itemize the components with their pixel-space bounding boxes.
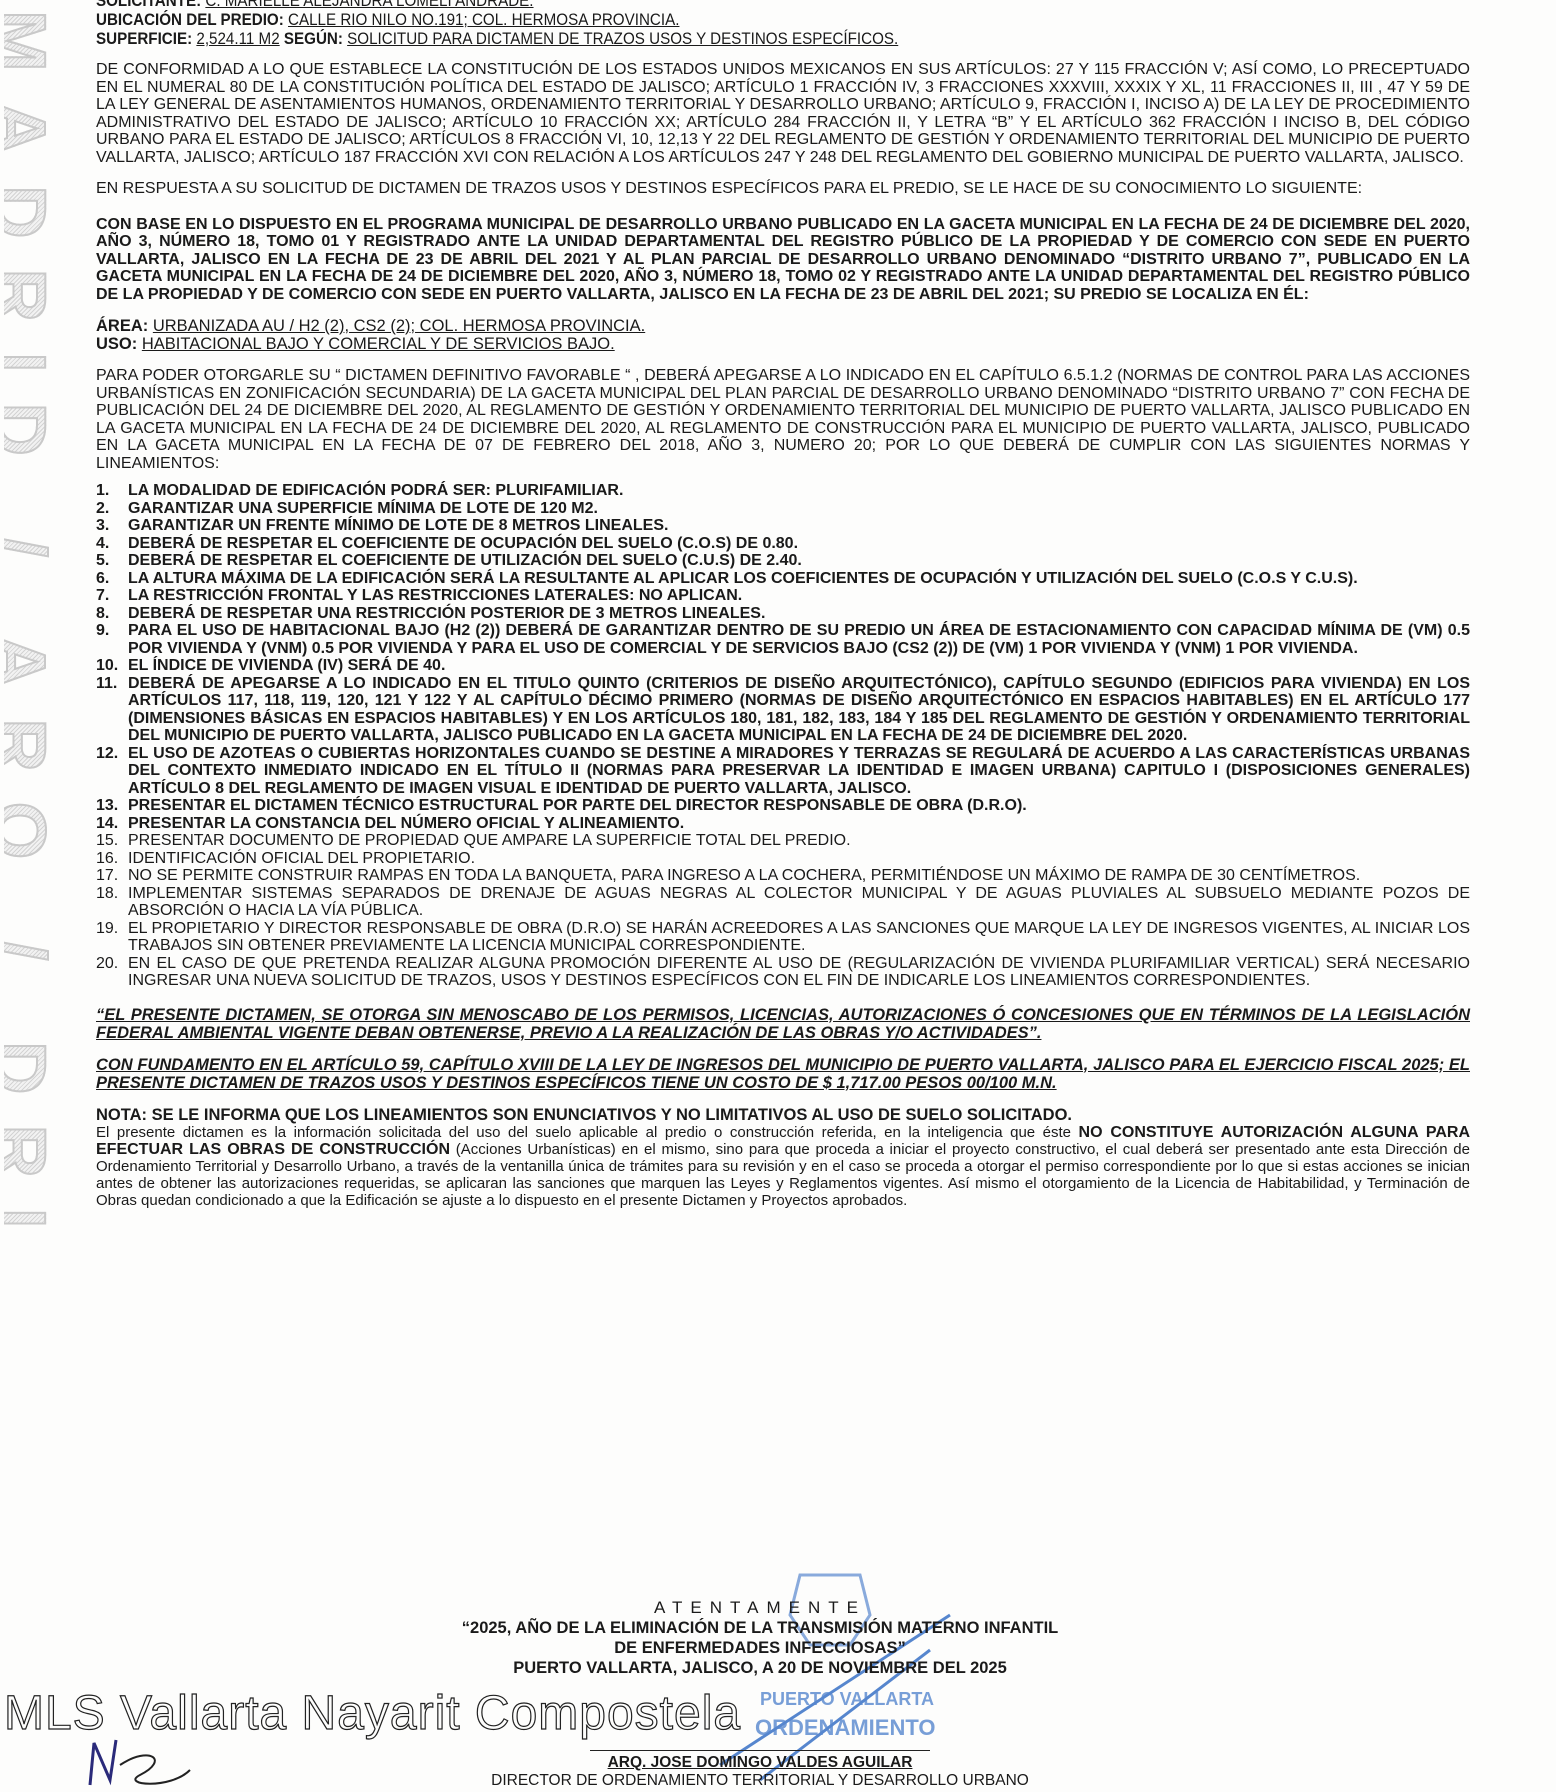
item-text: GARANTIZAR UNA SUPERFICIE MÍNIMA DE LOTE… bbox=[128, 500, 1470, 518]
item-number: 4. bbox=[96, 535, 128, 553]
brand-overlay: MLS Vallarta Nayarit Compostela bbox=[4, 1686, 741, 1741]
intro-paragraph: DE CONFORMIDAD A LO QUE ESTABLECE LA CON… bbox=[96, 61, 1470, 166]
lineamiento-item: 15.PRESENTAR DOCUMENTO DE PROPIEDAD QUE … bbox=[96, 832, 1470, 850]
item-number: 6. bbox=[96, 570, 128, 588]
watermark-text: MADRID / ARQ / DRI bbox=[4, 10, 62, 1258]
lineamientos-list: 1.LA MODALIDAD DE EDIFICACIÓN PODRÁ SER:… bbox=[96, 482, 1470, 990]
item-text: EL USO DE AZOTEAS O CUBIERTAS HORIZONTAL… bbox=[128, 745, 1470, 798]
base-paragraph: CON BASE EN LO DISPUESTO EN EL PROGRAMA … bbox=[96, 216, 1470, 304]
item-text: LA ALTURA MÁXIMA DE LA EDIFICACIÓN SERÁ … bbox=[128, 570, 1470, 588]
lineamiento-item: 10.EL ÍNDICE DE VIVIENDA (IV) SERÁ DE 40… bbox=[96, 657, 1470, 675]
item-text: NO SE PERMITE CONSTRUIR RAMPAS EN TODA L… bbox=[128, 867, 1470, 885]
item-number: 8. bbox=[96, 605, 128, 623]
uso-line: USO: HABITACIONAL BAJO Y COMERCIAL Y DE … bbox=[96, 335, 1470, 353]
item-number: 1. bbox=[96, 482, 128, 500]
item-number: 5. bbox=[96, 552, 128, 570]
superficie-line: SUPERFICIE: 2,524.11 M2 SEGÚN: SOLICITUD… bbox=[96, 30, 1108, 49]
nota-title: NOTA: SE LE INFORMA QUE LOS LINEAMIENTOS… bbox=[96, 1106, 1470, 1124]
ubicacion-line: UBICACIÓN DEL PREDIO: CALLE RIO NILO NO.… bbox=[96, 11, 1108, 30]
item-number: 10. bbox=[96, 657, 128, 675]
item-text: EL ÍNDICE DE VIVIENDA (IV) SERÁ DE 40. bbox=[128, 657, 1470, 675]
lineamiento-item: 19.EL PROPIETARIO Y DIRECTOR RESPONSABLE… bbox=[96, 920, 1470, 955]
signature-line bbox=[590, 1750, 930, 1751]
item-number: 9. bbox=[96, 622, 128, 657]
item-number: 19. bbox=[96, 920, 128, 955]
lineamiento-item: 6.LA ALTURA MÁXIMA DE LA EDIFICACIÓN SER… bbox=[96, 570, 1470, 588]
item-number: 20. bbox=[96, 955, 128, 990]
item-text: LA MODALIDAD DE EDIFICACIÓN PODRÁ SER: P… bbox=[128, 482, 1470, 500]
item-number: 18. bbox=[96, 885, 128, 920]
lineamiento-item: 5.DEBERÁ DE RESPETAR EL COEFICIENTE DE U… bbox=[96, 552, 1470, 570]
lineamiento-item: 1.LA MODALIDAD DE EDIFICACIÓN PODRÁ SER:… bbox=[96, 482, 1470, 500]
lema-line-1: “2025, AÑO DE LA ELIMINACIÓN DE LA TRANS… bbox=[420, 1618, 1100, 1638]
lineamiento-item: 20.EN EL CASO DE QUE PRETENDA REALIZAR A… bbox=[96, 955, 1470, 990]
item-number: 2. bbox=[96, 500, 128, 518]
item-text: PRESENTAR DOCUMENTO DE PROPIEDAD QUE AMP… bbox=[128, 832, 1470, 850]
item-number: 3. bbox=[96, 517, 128, 535]
lineamiento-item: 17.NO SE PERMITE CONSTRUIR RAMPAS EN TOD… bbox=[96, 867, 1470, 885]
svg-text:ORDENAMIENTO: ORDENAMIENTO bbox=[755, 1715, 936, 1740]
item-text: DEBERÁ DE RESPETAR EL COEFICIENTE DE OCU… bbox=[128, 535, 1470, 553]
solicitante-line: SOLICITANTE: C. MARIELLE ALEJANDRA LOMEL… bbox=[96, 0, 1108, 11]
header-block: SOLICITANTE: C. MARIELLE ALEJANDRA LOMEL… bbox=[96, 0, 1108, 49]
area-line: ÁREA: URBANIZADA AU / H2 (2), CS2 (2); C… bbox=[96, 317, 1470, 335]
item-text: PRESENTAR LA CONSTANCIA DEL NÚMERO OFICI… bbox=[128, 815, 1470, 833]
lema-line-2: DE ENFERMEDADES INFECCIOSAS” bbox=[420, 1638, 1100, 1658]
lineamiento-item: 9.PARA EL USO DE HABITACIONAL BAJO (H2 (… bbox=[96, 622, 1470, 657]
item-number: 16. bbox=[96, 850, 128, 868]
item-text: IDENTIFICACIÓN OFICIAL DEL PROPIETARIO. bbox=[128, 850, 1470, 868]
place-date: PUERTO VALLARTA, JALISCO, A 20 DE NOVIEM… bbox=[420, 1658, 1100, 1678]
clausula-costo: CON FUNDAMENTO EN EL ARTÍCULO 59, CAPÍTU… bbox=[96, 1056, 1470, 1092]
lineamiento-item: 12.EL USO DE AZOTEAS O CUBIERTAS HORIZON… bbox=[96, 745, 1470, 798]
item-text: PARA EL USO DE HABITACIONAL BAJO (H2 (2)… bbox=[128, 622, 1470, 657]
document-page: MADRID / ARQ / DRI SOLICITANTE: C. MARIE… bbox=[0, 0, 1556, 1792]
lineamiento-item: 14.PRESENTAR LA CONSTANCIA DEL NÚMERO OF… bbox=[96, 815, 1470, 833]
item-number: 7. bbox=[96, 587, 128, 605]
nota-body: El presente dictamen es la información s… bbox=[96, 1124, 1470, 1209]
item-text: GARANTIZAR UN FRENTE MÍNIMO DE LOTE DE 8… bbox=[128, 517, 1470, 535]
signatory-name: ARQ. JOSE DOMINGO VALDES AGUILAR bbox=[440, 1754, 1080, 1772]
item-number: 12. bbox=[96, 745, 128, 798]
handwritten-initials-icon bbox=[80, 1735, 200, 1792]
lineamiento-item: 3.GARANTIZAR UN FRENTE MÍNIMO DE LOTE DE… bbox=[96, 517, 1470, 535]
item-text: DEBERÁ DE APEGARSE A LO INDICADO EN EL T… bbox=[128, 675, 1470, 745]
item-text: DEBERÁ DE RESPETAR UNA RESTRICCIÓN POSTE… bbox=[128, 605, 1470, 623]
closing-block: ATENTAMENTE “2025, AÑO DE LA ELIMINACIÓN… bbox=[420, 1598, 1100, 1678]
lineamiento-item: 8.DEBERÁ DE RESPETAR UNA RESTRICCIÓN POS… bbox=[96, 605, 1470, 623]
item-text: EL PROPIETARIO Y DIRECTOR RESPONSABLE DE… bbox=[128, 920, 1470, 955]
lineamiento-item: 16.IDENTIFICACIÓN OFICIAL DEL PROPIETARI… bbox=[96, 850, 1470, 868]
document-body: SOLICITANTE: C. MARIELLE ALEJANDRA LOMEL… bbox=[96, 0, 1470, 1209]
item-number: 17. bbox=[96, 867, 128, 885]
atentamente: ATENTAMENTE bbox=[420, 1598, 1100, 1618]
clausula-ambiental: “EL PRESENTE DICTAMEN, SE OTORGA SIN MEN… bbox=[96, 1006, 1470, 1042]
item-text: DEBERÁ DE RESPETAR EL COEFICIENTE DE UTI… bbox=[128, 552, 1470, 570]
item-text: LA RESTRICCIÓN FRONTAL Y LAS RESTRICCION… bbox=[128, 587, 1470, 605]
item-text: EN EL CASO DE QUE PRETENDA REALIZAR ALGU… bbox=[128, 955, 1470, 990]
lineamiento-item: 11.DEBERÁ DE APEGARSE A LO INDICADO EN E… bbox=[96, 675, 1470, 745]
para-poder-paragraph: PARA PODER OTORGARLE SU “ DICTAMEN DEFIN… bbox=[96, 367, 1470, 472]
svg-text:PUERTO VALLARTA: PUERTO VALLARTA bbox=[760, 1689, 934, 1709]
signatory-role: DIRECTOR DE ORDENAMIENTO TERRITORIAL Y D… bbox=[440, 1772, 1080, 1790]
lineamiento-item: 7.LA RESTRICCIÓN FRONTAL Y LAS RESTRICCI… bbox=[96, 587, 1470, 605]
lineamiento-item: 13.PRESENTAR EL DICTAMEN TÉCNICO ESTRUCT… bbox=[96, 797, 1470, 815]
side-watermark: MADRID / ARQ / DRI bbox=[4, 0, 80, 1700]
item-number: 15. bbox=[96, 832, 128, 850]
item-text: IMPLEMENTAR SISTEMAS SEPARADOS DE DRENAJ… bbox=[128, 885, 1470, 920]
item-text: PRESENTAR EL DICTAMEN TÉCNICO ESTRUCTURA… bbox=[128, 797, 1470, 815]
respuesta-paragraph: EN RESPUESTA A SU SOLICITUD DE DICTAMEN … bbox=[96, 180, 1470, 198]
item-number: 11. bbox=[96, 675, 128, 745]
lineamiento-item: 2.GARANTIZAR UNA SUPERFICIE MÍNIMA DE LO… bbox=[96, 500, 1470, 518]
lineamiento-item: 4.DEBERÁ DE RESPETAR EL COEFICIENTE DE O… bbox=[96, 535, 1470, 553]
item-number: 14. bbox=[96, 815, 128, 833]
lineamiento-item: 18.IMPLEMENTAR SISTEMAS SEPARADOS DE DRE… bbox=[96, 885, 1470, 920]
item-number: 13. bbox=[96, 797, 128, 815]
